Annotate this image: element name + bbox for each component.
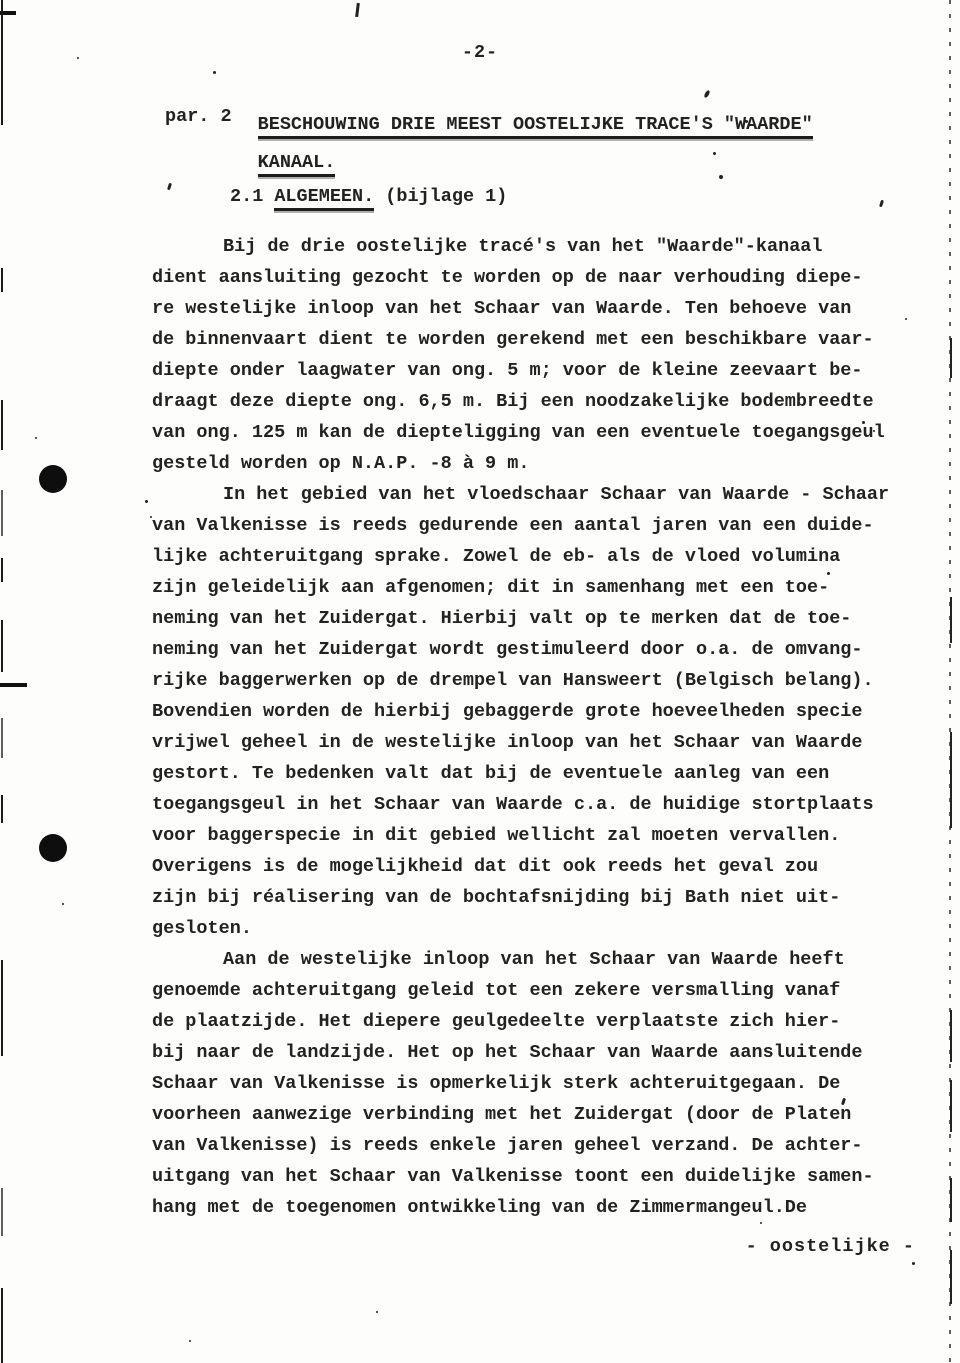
heading-title-line1: BESCHOUWING DRIE MEEST OOSTELIJKE TRACE'…: [258, 114, 813, 139]
ink-speck: [827, 572, 830, 575]
left-edge-line: [1, 268, 3, 292]
ink-speck: [189, 1340, 191, 1342]
ink-speck: [213, 71, 216, 74]
ink-speck: [167, 183, 172, 191]
text-line: neming van het Zuidergat. Hierbij valt o…: [152, 603, 942, 634]
left-edge-line: [1, 620, 3, 672]
ink-speck: [62, 903, 64, 905]
right-edge-line: [950, 1178, 952, 1222]
left-edge-line: [1, 558, 3, 582]
ink-speck: [376, 1311, 378, 1313]
left-edge-line: [1, 1188, 3, 1236]
ink-speck: [879, 200, 884, 208]
heading-title: BESCHOUWING DRIE MEEST OOSTELIJKE TRACE'…: [258, 106, 813, 182]
text-line: neming van het Zuidergat wordt gestimule…: [152, 634, 942, 665]
paragraph-1: Bij de drie oostelijke tracé's van het "…: [152, 231, 942, 479]
text-line: van Valkenisse) is reeds enkele jaren ge…: [152, 1130, 942, 1161]
left-edge-line: [1, 795, 3, 823]
text-line: gestort. Te bedenken valt dat bij de eve…: [152, 758, 942, 789]
ink-speck: [862, 421, 865, 424]
ink-speck: [905, 318, 907, 320]
text-line: Bij de drie oostelijke tracé's van het "…: [152, 231, 942, 262]
text-line: voorheen aanwezige verbinding met het Zu…: [152, 1099, 942, 1130]
page-number: -2-: [0, 42, 960, 63]
catchword: - oostelijke -: [746, 1236, 915, 1257]
text-line: genoemde achteruitgang geleid tot een ze…: [152, 975, 942, 1006]
left-edge-line: [1, 1288, 3, 1363]
margin-dash-middle: [0, 683, 27, 687]
paragraph-label: par. 2: [165, 106, 232, 127]
right-edge-line: [950, 338, 952, 378]
ink-speck: [713, 152, 716, 155]
text-line: vrijwel geheel in de westelijke inloop v…: [152, 727, 942, 758]
subsection-title: ALGEMEEN.: [274, 186, 374, 211]
ink-speck: [719, 175, 723, 179]
stray-slash-mark: [355, 3, 360, 17]
text-line: rijke baggerwerken op de drempel van Han…: [152, 665, 942, 696]
ink-speck: [35, 437, 37, 439]
text-line: zijn bij réalisering van de bochtafsnijd…: [152, 882, 942, 913]
right-edge-line: [950, 1010, 952, 1062]
subsection-heading: 2.1ALGEMEEN.(bijlage 1): [230, 186, 507, 207]
text-line: lijke achteruitgang sprake. Zowel de eb-…: [152, 541, 942, 572]
document-page: -2- par. 2 BESCHOUWING DRIE MEEST OOSTEL…: [0, 0, 960, 1363]
right-edge-line: [950, 1250, 952, 1304]
text-line: voor baggerspecie in dit gebied wellicht…: [152, 820, 942, 851]
text-line: de plaatzijde. Het diepere geulgedeelte …: [152, 1006, 942, 1037]
left-edge-line: [1, 400, 3, 450]
ink-speck: [77, 57, 79, 59]
left-edge-line: [1, 718, 3, 758]
ink-speck: [873, 430, 875, 432]
text-line: de binnenvaart dient te worden gerekend …: [152, 324, 942, 355]
hole-punch-mark-top: [39, 465, 67, 493]
text-line: van Valkenisse is reeds gedurende een aa…: [152, 510, 942, 541]
right-edge-line: [950, 1080, 952, 1132]
text-line: Bovendien worden de hierbij gebaggerde g…: [152, 696, 942, 727]
ink-speck: [150, 516, 152, 518]
subsection-number: 2.1: [230, 186, 263, 207]
ink-speck: [760, 1222, 762, 1224]
text-line: toegangsgeul in het Schaar van Waarde c.…: [152, 789, 942, 820]
text-line: In het gebied van het vloedschaar Schaar…: [152, 479, 942, 510]
text-line: Schaar van Valkenisse is opmerkelijk ste…: [152, 1068, 942, 1099]
right-edge-dotted-line: [949, 0, 951, 1363]
heading-title-line2: KANAAL.: [258, 152, 336, 177]
left-edge-line: [1, 490, 3, 536]
text-line: uitgang van het Schaar van Valkenisse to…: [152, 1161, 942, 1192]
text-line: Aan de westelijke inloop van het Schaar …: [152, 944, 942, 975]
text-line: dient aansluiting gezocht te worden op d…: [152, 262, 942, 293]
section-heading: par. 2 BESCHOUWING DRIE MEEST OOSTELIJKE…: [165, 106, 813, 182]
right-edge-line: [950, 597, 952, 643]
body-text: Bij de drie oostelijke tracé's van het "…: [152, 231, 942, 1223]
text-line: gesloten.: [152, 913, 942, 944]
text-line: gesteld worden op N.A.P. -8 à 9 m.: [152, 448, 942, 479]
ink-speck: [703, 90, 710, 99]
ink-speck: [745, 120, 748, 123]
text-line: zijn geleidelijk aan afgenomen; dit in s…: [152, 572, 942, 603]
ink-speck: [145, 500, 148, 503]
left-edge-line: [1, 0, 3, 125]
ink-speck: [912, 1262, 915, 1265]
paragraph-3: Aan de westelijke inloop van het Schaar …: [152, 944, 942, 1223]
text-line: draagt deze diepte ong. 6,5 m. Bij een n…: [152, 386, 942, 417]
text-line: re westelijke inloop van het Schaar van …: [152, 293, 942, 324]
paragraph-2: In het gebied van het vloedschaar Schaar…: [152, 479, 942, 944]
text-line: diepte onder laagwater van ong. 5 m; voo…: [152, 355, 942, 386]
hole-punch-mark-bottom: [39, 834, 67, 862]
text-line: Overigens is de mogelijkheid dat dit ook…: [152, 851, 942, 882]
text-line: van ong. 125 m kan de diepteligging van …: [152, 417, 942, 448]
subsection-suffix: (bijlage 1): [385, 186, 507, 207]
right-edge-line: [950, 732, 952, 828]
text-line: hang met de toegenomen ontwikkeling van …: [152, 1192, 942, 1223]
left-edge-line: [1, 960, 3, 1056]
text-line: bij naar de landzijde. Het op het Schaar…: [152, 1037, 942, 1068]
